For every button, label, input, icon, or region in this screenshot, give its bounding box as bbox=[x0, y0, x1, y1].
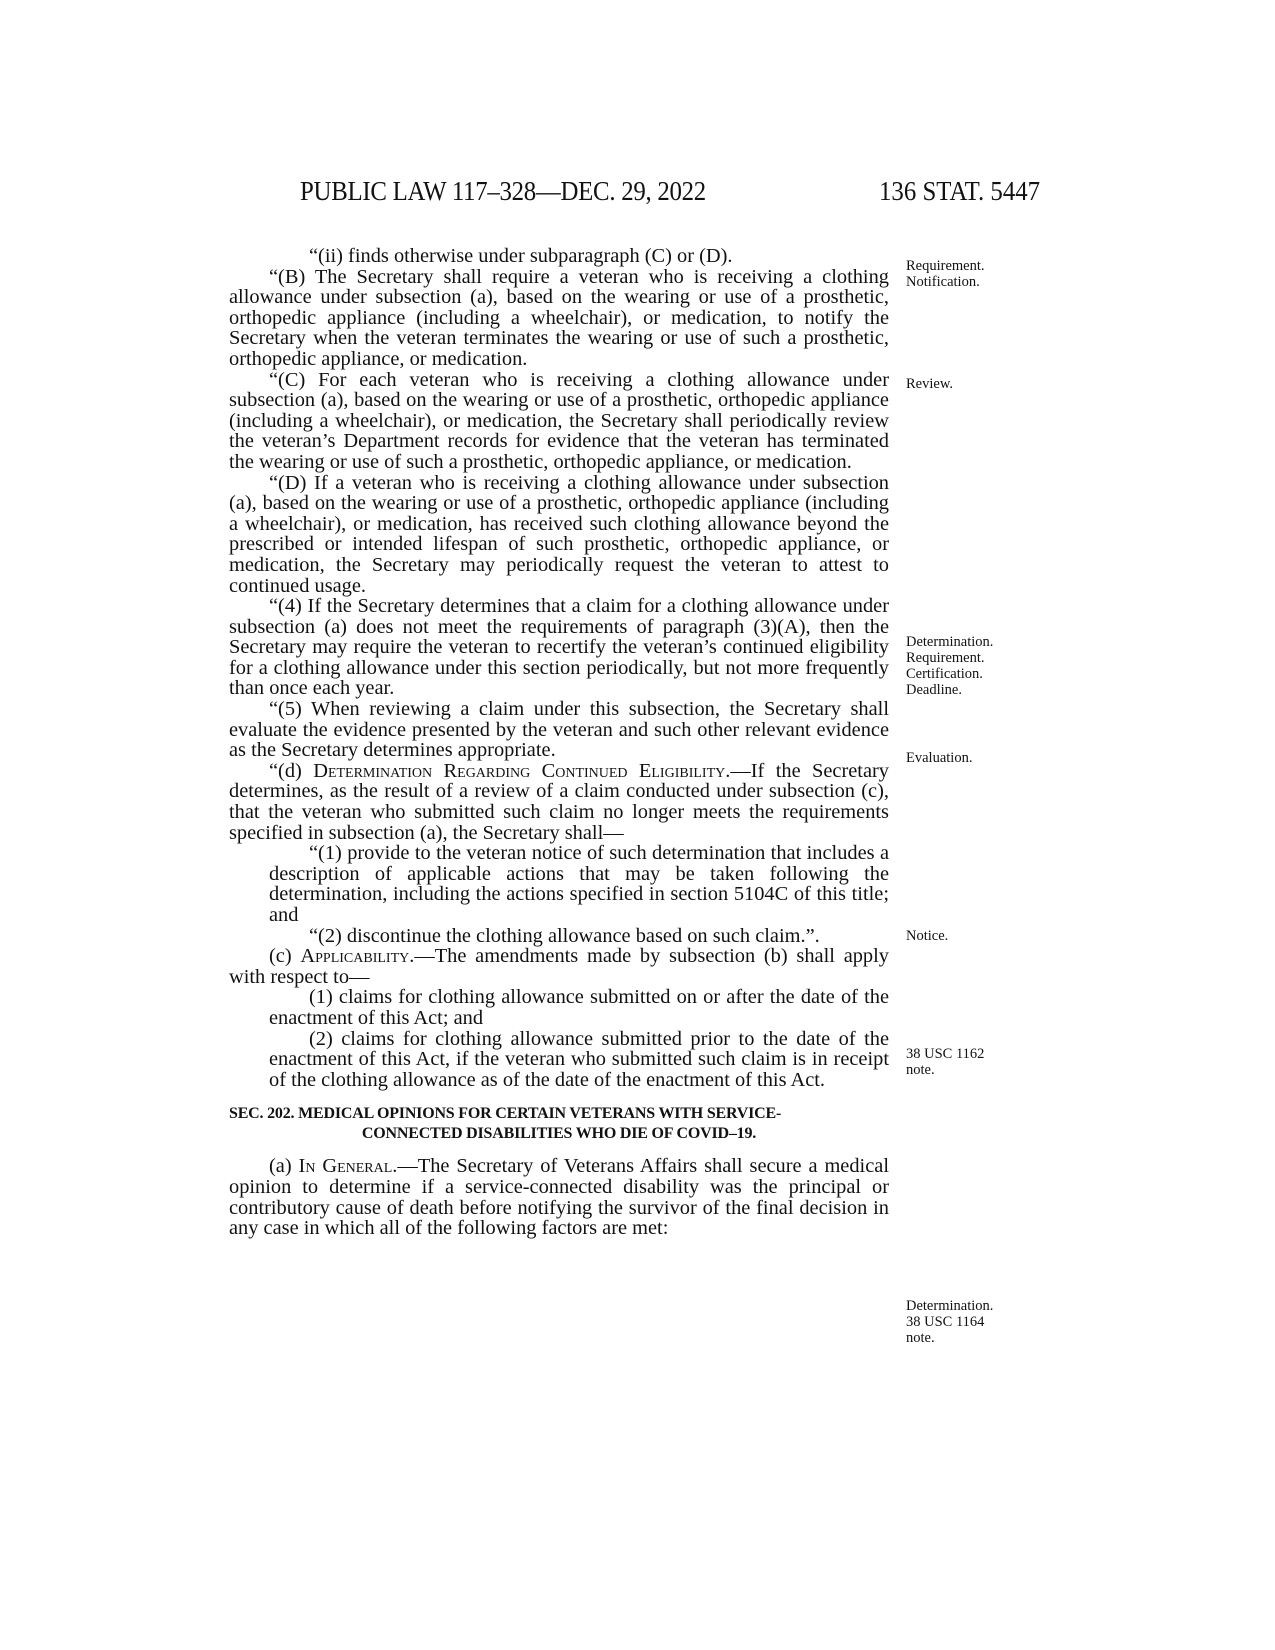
paragraph-a: (a) In General.—The Secretary of Veteran… bbox=[229, 1156, 889, 1238]
paragraph-C: “(C) For each veteran who is receiving a… bbox=[229, 370, 889, 473]
section-heading-line2: CONNECTED DISABILITIES WHO DIE OF COVID–… bbox=[362, 1125, 756, 1142]
margin-note-line: Requirement. bbox=[906, 650, 993, 666]
document-body: “(ii) finds otherwise under subparagraph… bbox=[229, 246, 889, 1239]
paragraph-lead: (a) bbox=[269, 1155, 299, 1177]
subsection-heading: In General bbox=[299, 1155, 393, 1177]
margin-note-line: Determination. bbox=[906, 1298, 993, 1314]
paragraph-d: “(d) Determination Regarding Continued E… bbox=[229, 761, 889, 843]
margin-note-determination: Determination. Requirement. Certificatio… bbox=[906, 634, 993, 698]
subsection-heading: Determination Regarding Continued Eligib… bbox=[313, 760, 725, 782]
margin-note-line: Determination. bbox=[906, 634, 993, 650]
paragraph-ii: “(ii) finds otherwise under subparagraph… bbox=[229, 246, 889, 267]
paragraph-5: “(5) When reviewing a claim under this s… bbox=[229, 699, 889, 761]
margin-note-line: Notice. bbox=[906, 928, 948, 944]
margin-note-line: note. bbox=[906, 1062, 984, 1078]
stat-page-number: 136 STAT. 5447 bbox=[879, 176, 1040, 207]
margin-note-requirement-notification: Requirement. Notification. bbox=[906, 258, 985, 290]
margin-note-line: Requirement. bbox=[906, 258, 985, 274]
margin-note-line: 38 USC 1162 bbox=[906, 1046, 984, 1062]
running-title: PUBLIC LAW 117–328—DEC. 29, 2022 bbox=[300, 176, 706, 207]
margin-note-line: 38 USC 1164 bbox=[906, 1314, 993, 1330]
margin-note-38usc1164: Determination. 38 USC 1164 note. bbox=[906, 1298, 993, 1346]
paragraph-c1: (1) claims for clothing allowance submit… bbox=[229, 987, 889, 1028]
margin-note-line: Certification. bbox=[906, 666, 993, 682]
margin-note-line: Notification. bbox=[906, 274, 985, 290]
paragraph-d1: “(1) provide to the veteran notice of su… bbox=[229, 843, 889, 925]
paragraph-lead: (c) bbox=[269, 945, 300, 967]
section-heading-line1: SEC. 202. MEDICAL OPINIONS FOR CERTAIN V… bbox=[229, 1104, 889, 1124]
margin-note-evaluation: Evaluation. bbox=[906, 750, 972, 766]
paragraph-c: (c) Applicability.—The amendments made b… bbox=[229, 946, 889, 987]
margin-note-notice: Notice. bbox=[906, 928, 948, 944]
section-heading: SEC. 202. MEDICAL OPINIONS FOR CERTAIN V… bbox=[229, 1104, 889, 1144]
margin-note-review: Review. bbox=[906, 376, 953, 392]
margin-note-line: Review. bbox=[906, 376, 953, 392]
page-header: PUBLIC LAW 117–328—DEC. 29, 2022 136 STA… bbox=[300, 176, 1040, 216]
margin-note-line: Evaluation. bbox=[906, 750, 972, 766]
subsection-heading: Applicability bbox=[300, 945, 409, 967]
paragraph-D: “(D) If a veteran who is receiving a clo… bbox=[229, 473, 889, 597]
margin-note-38usc1162: 38 USC 1162 note. bbox=[906, 1046, 984, 1078]
paragraph-d2: “(2) discontinue the clothing allowance … bbox=[229, 926, 889, 947]
margin-note-line: note. bbox=[906, 1330, 993, 1346]
paragraph-lead: “(d) bbox=[269, 760, 313, 782]
paragraph-c2: (2) claims for clothing allowance submit… bbox=[229, 1029, 889, 1091]
margin-note-line: Deadline. bbox=[906, 682, 993, 698]
paragraph-4: “(4) If the Secretary determines that a … bbox=[229, 596, 889, 699]
paragraph-B: “(B) The Secretary shall require a veter… bbox=[229, 267, 889, 370]
